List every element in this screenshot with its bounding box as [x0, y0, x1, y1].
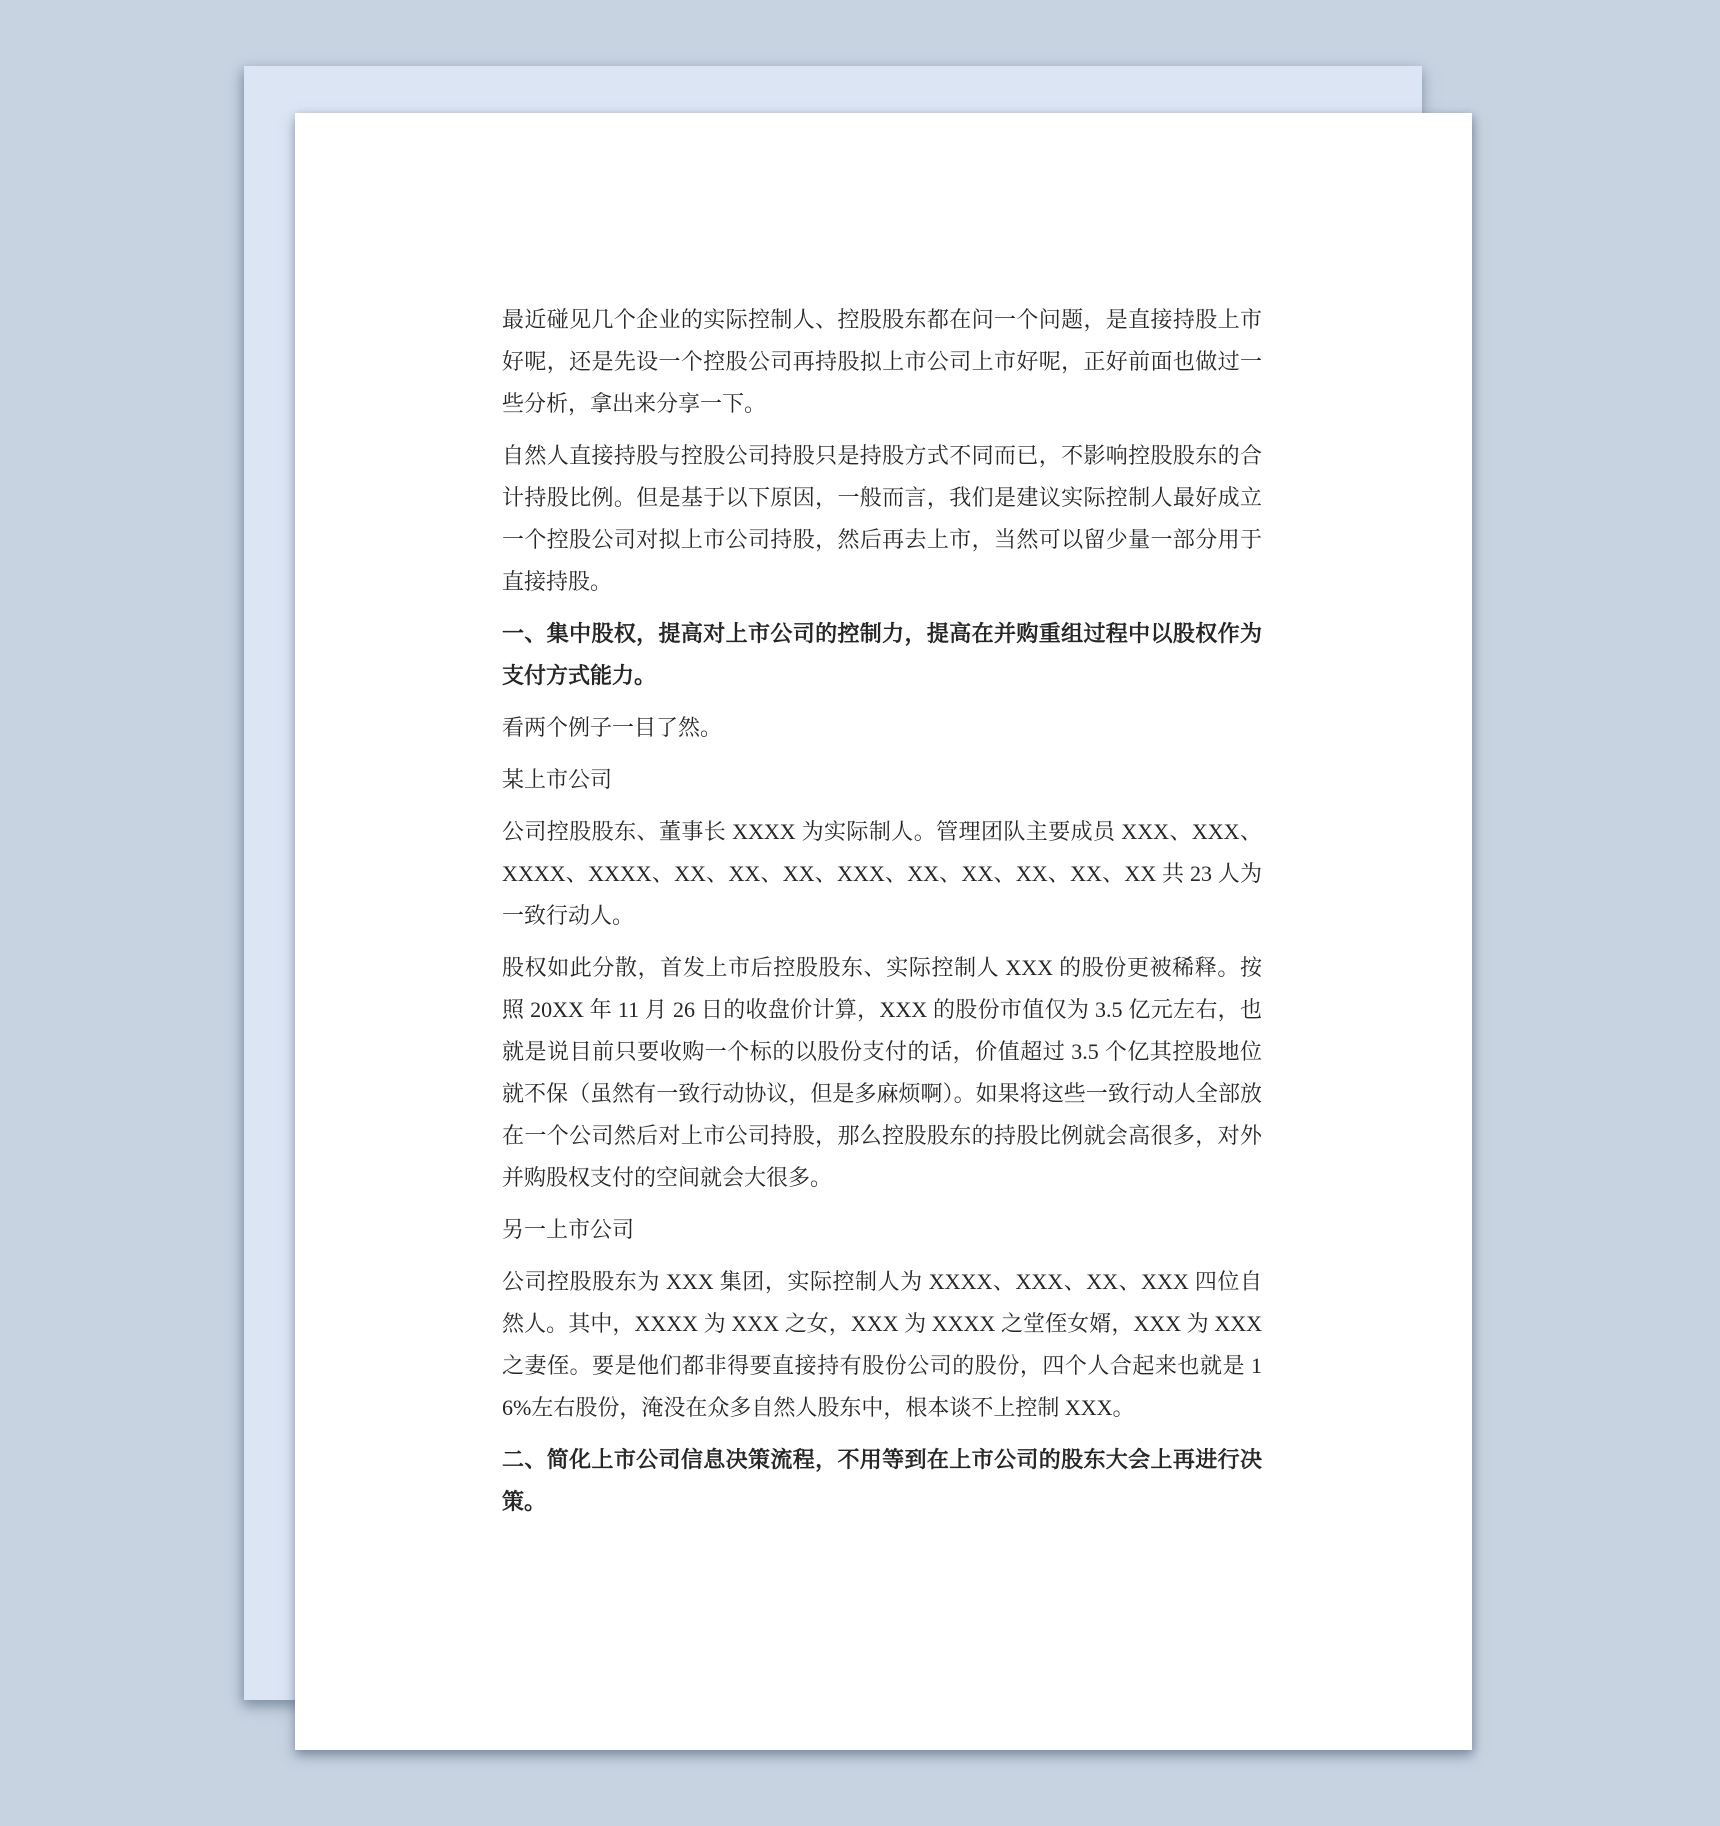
paragraph: 某上市公司 [502, 759, 1262, 801]
paragraph: 最近碰见几个企业的实际控制人、控股股东都在问一个问题，是直接持股上市好呢，还是先… [502, 299, 1262, 425]
paragraph: 自然人直接持股与控股公司持股只是持股方式不同而已，不影响控股股东的合计持股比例。… [502, 435, 1262, 603]
document-text: 最近碰见几个企业的实际控制人、控股股东都在问一个问题，是直接持股上市好呢，还是先… [502, 299, 1262, 1523]
paragraph: 另一上市公司 [502, 1209, 1262, 1251]
section-heading: 二、简化上市公司信息决策流程，不用等到在上市公司的股东大会上再进行决策。 [502, 1439, 1262, 1523]
desktop-background: 最近碰见几个企业的实际控制人、控股股东都在问一个问题，是直接持股上市好呢，还是先… [0, 0, 1720, 1826]
paragraph: 公司控股股东、董事长 XXXX 为实际制人。管理团队主要成员 XXX、XXX、X… [502, 811, 1262, 937]
section-heading: 一、集中股权，提高对上市公司的控制力，提高在并购重组过程中以股权作为支付方式能力… [502, 613, 1262, 697]
paragraph: 公司控股股东为 XXX 集团，实际控制人为 XXXX、XXX、XX、XXX 四位… [502, 1261, 1262, 1429]
document-page: 最近碰见几个企业的实际控制人、控股股东都在问一个问题，是直接持股上市好呢，还是先… [295, 113, 1472, 1750]
paragraph: 股权如此分散，首发上市后控股股东、实际控制人 XXX 的股份更被稀释。按照 20… [502, 947, 1262, 1199]
paragraph: 看两个例子一目了然。 [502, 707, 1262, 749]
